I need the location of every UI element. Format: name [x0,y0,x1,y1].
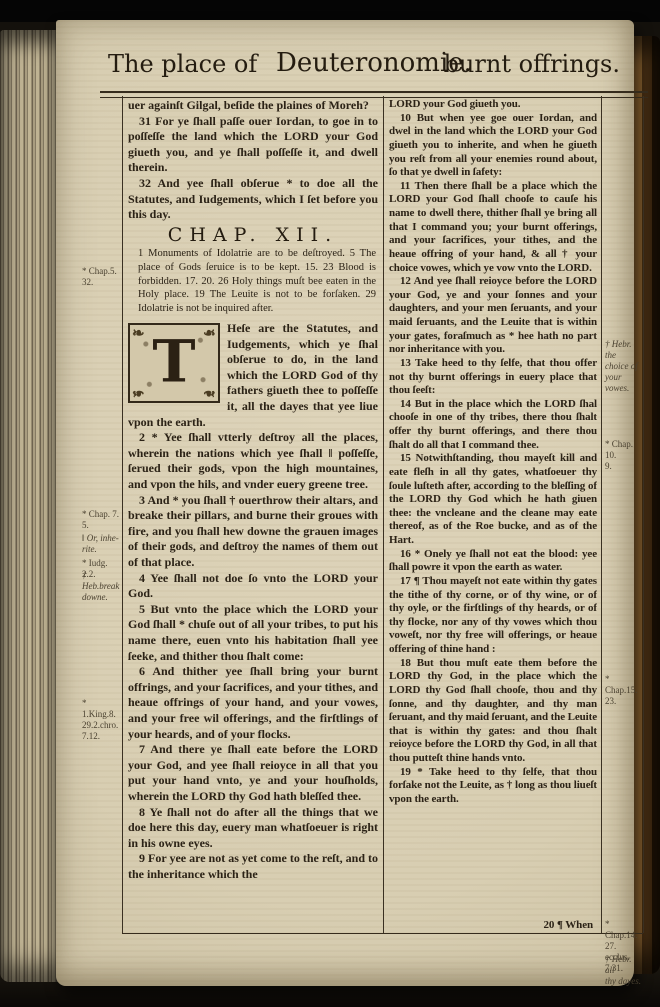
verse-text: 3 And * you ſhall † ouerthrow their alta… [128,493,378,571]
verse-text: 2 * Yee ſhall vtterly deſtroy all the pl… [128,430,378,492]
verse-text: 13 Take heed to thy ſelfe, that thou off… [389,357,597,398]
margin-notes-left: * Chap.5. 32. * Chap. 7. 5. ‖ Or, inhe- … [82,96,120,933]
verse-text: 5 But vnto the place which the LORD your… [128,602,378,664]
running-head-title: Deuteronomie. [276,48,472,78]
column-rule-left [122,96,123,933]
margin-notes-right: † Hebr. the choice of your vowes. * Chap… [605,96,641,933]
verse-text: LORD your God giueth you. [389,98,597,112]
margin-note: * Chap. 10. 9. [605,439,641,472]
verse-text: 12 And yee ſhall reioyce before the LORD… [389,275,597,357]
text-column-right: LORD your God giueth you. 10 But when ye… [389,98,597,933]
chapter-heading: CHAP. XII. [128,223,378,248]
verse-text: 4 Yee ſhall not doe ſo vnto the LORD you… [128,571,378,602]
running-head-left: The place of [108,50,257,78]
verse-text: 8 Ye ſhall not do after all the things t… [128,805,378,852]
text-column-left: uer againſt Gilgal, beſide the plaines o… [128,98,378,933]
verse-text: 14 But in the place which the LORD ſhal … [389,398,597,453]
ornamental-initial: ❧ ❧ ❧ ❧ T [128,323,220,403]
margin-note: * 1.King.8. 29.2.chro. 7.12. [82,698,120,742]
column-rule-outer [643,96,644,933]
column-rule-center [383,96,384,933]
flourish-icon: ❧ [132,382,145,402]
verse-text: 7 And there ye ſhall eate before the LOR… [128,742,378,804]
verse-text: 32 And yee ſhall obſerue * to doe all th… [128,176,378,223]
header-rule [100,91,648,98]
column-rule-right [601,96,602,933]
verse-text: 31 For ye ſhall paſſe ouer Iordan, to go… [128,114,378,176]
verse-text: ❧ ❧ ❧ ❧ T Heſe are the Statutes, and Iud… [128,321,378,430]
margin-note: ‖ Or, inhe- rite. [82,533,120,555]
verse-text: 16 * Onely ye ſhall not eat the blood: y… [389,548,597,575]
verse-text: 18 But thou muſt eate them before the LO… [389,657,597,766]
margin-note: † Hebr. all thy dayes. [605,954,641,987]
drop-cap-letter: T [152,324,195,399]
margin-note: † Hebr. the choice of your vowes. [605,339,641,394]
running-head-right: burnt offrings. [444,50,620,78]
margin-note: * Chap.5. 32. [82,266,120,288]
verse-text: 17 ¶ Thou mayeſt not eate within thy gat… [389,575,597,657]
flourish-icon: ❧ [203,325,216,345]
verse-text: 19 * Take heed to thy ſelfe, that thou f… [389,766,597,807]
bottom-rule [122,933,643,934]
verse-text: 11 Then there ſhall be a place which the… [389,180,597,275]
page: The place of Deuteronomie. burnt offring… [56,20,634,986]
chapter-summary: 1 Monuments of Idolatrie are to be deſtr… [128,247,378,319]
margin-note: * Chap.15. 23. [605,674,641,707]
margin-note: † Heb.break downe. [82,570,120,603]
verse-text: 15 Notwithſtanding, thou mayeſt kill and… [389,452,597,547]
catchword: 20 ¶ When [544,919,593,933]
page-stack-edge [0,30,62,982]
flourish-icon: ❧ [132,325,145,345]
book-scan: The place of Deuteronomie. burnt offring… [0,0,660,1007]
flourish-icon: ❧ [203,382,216,402]
verse-text: 9 For yee are not as yet come to the reſ… [128,851,378,882]
margin-note: * Chap. 7. 5. [82,509,120,531]
verse-text: 6 And thither yee ſhall bring your burnt… [128,664,378,742]
verse-text: uer againſt Gilgal, beſide the plaines o… [128,98,378,114]
verse-text: 10 But when yee goe ouer Iordan, and dwe… [389,112,597,180]
running-head: The place of Deuteronomie. burnt offring… [96,50,624,86]
